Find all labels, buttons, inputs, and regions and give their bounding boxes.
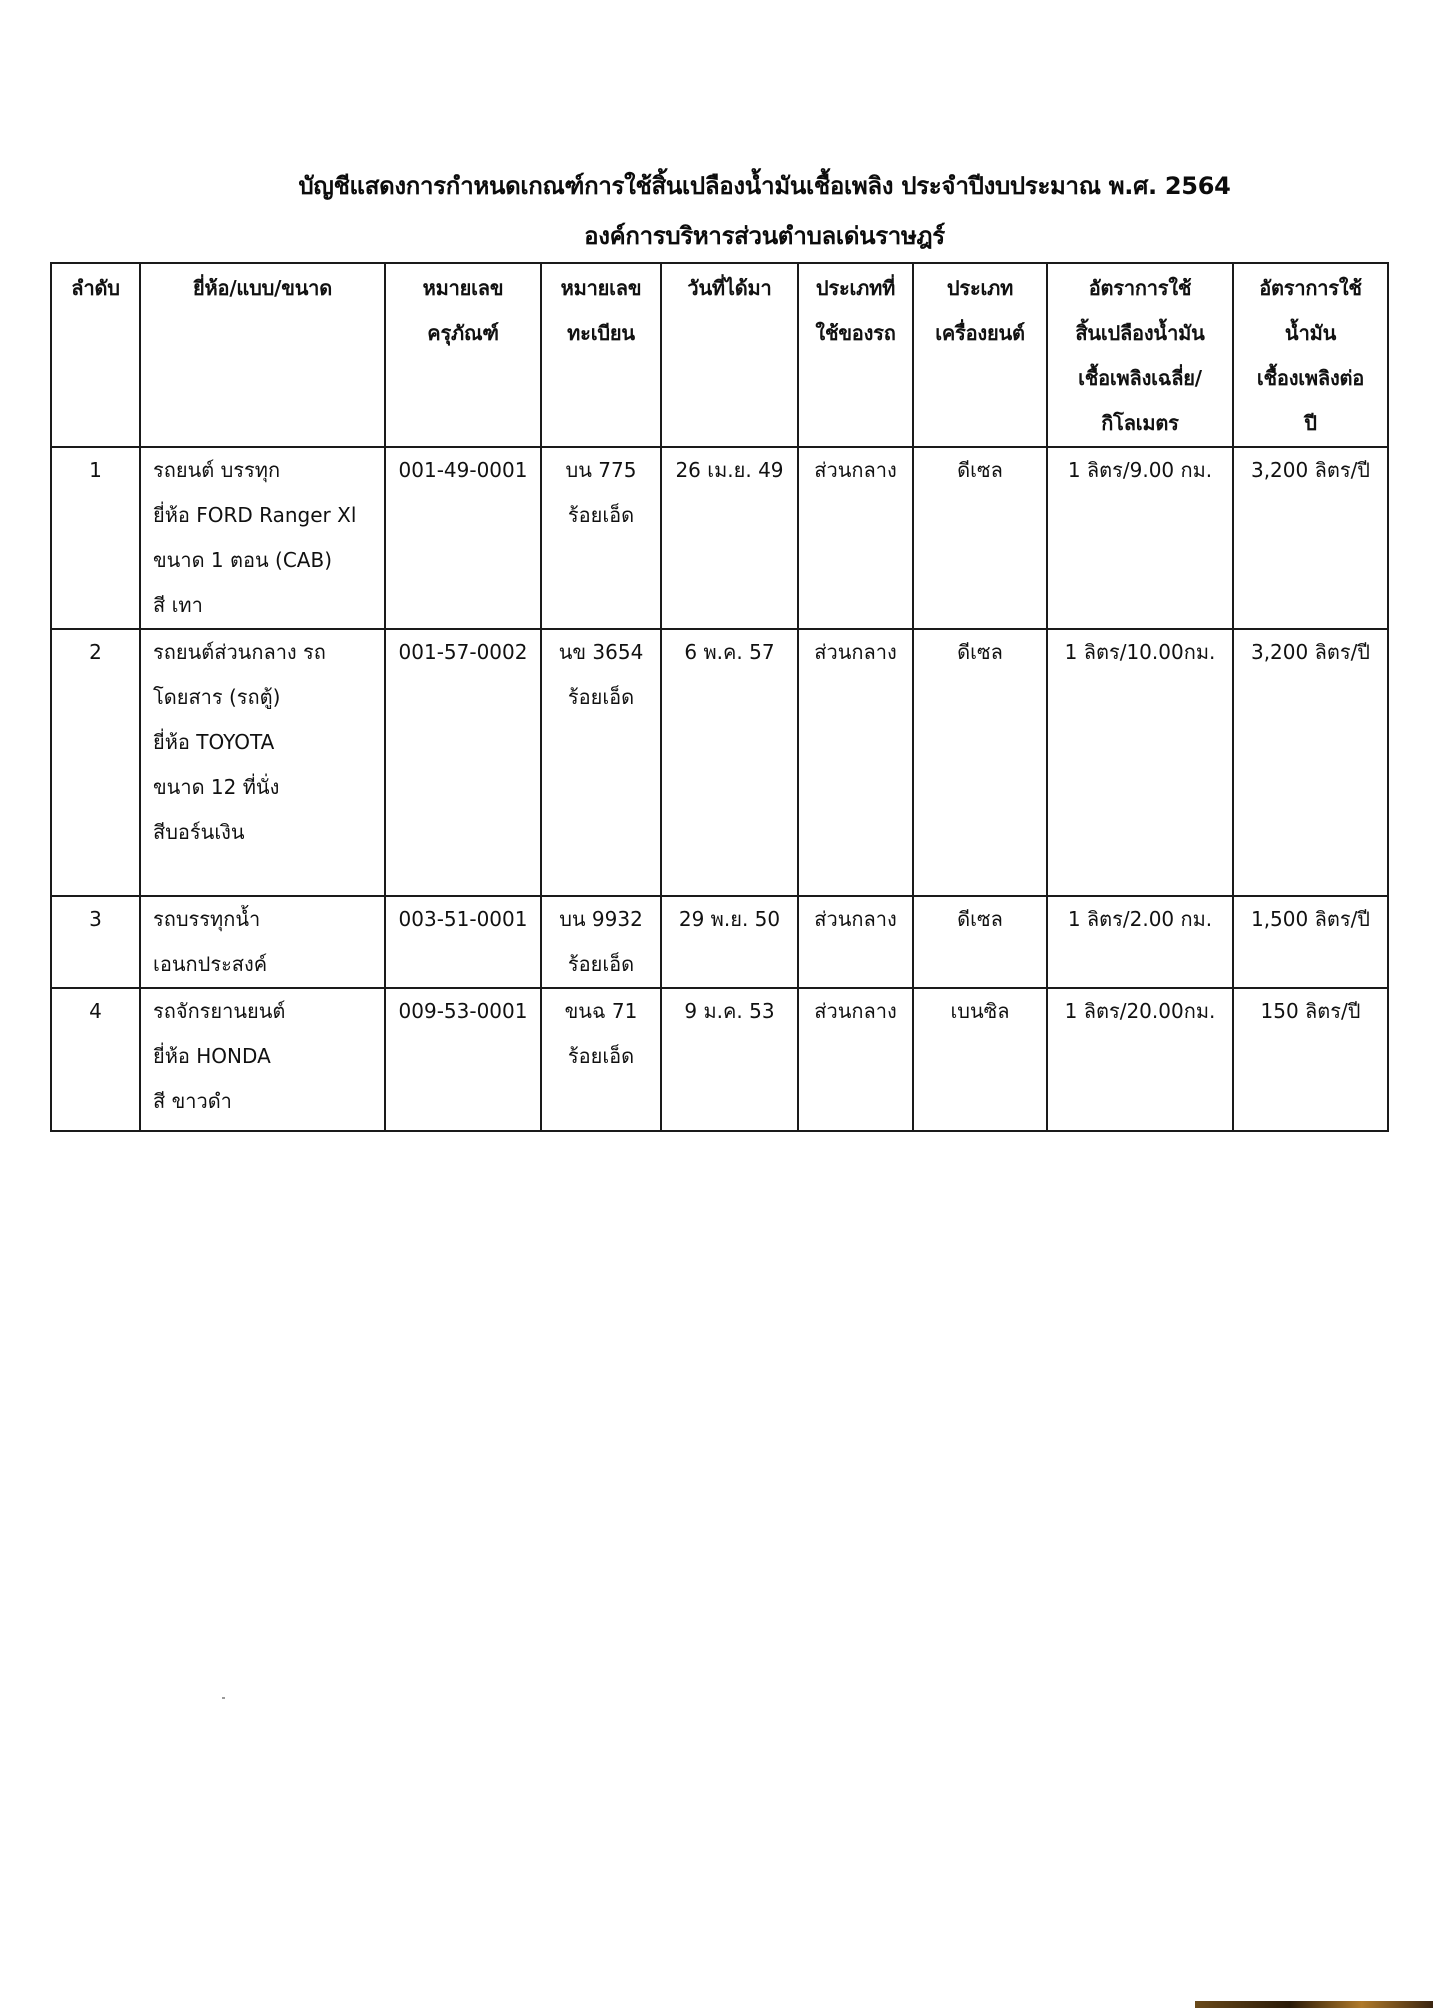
- cell-line: รถยนต์ บรรทุก: [153, 448, 384, 493]
- cell-line: ร้อยเอ็ด: [542, 493, 660, 538]
- cell-line: ทะเบียน: [542, 311, 660, 356]
- header-description: ยี่ห้อ/แบบ/ขนาด: [140, 263, 385, 447]
- header-engine-type: ประเภทเครื่องยนต์: [913, 263, 1047, 447]
- cell-usage-type: ส่วนกลาง: [798, 896, 913, 988]
- table-row: 1 รถยนต์ บรรทุกยี่ห้อ FORD Ranger Xlขนาด…: [51, 447, 1388, 629]
- cell-line: ยี่ห้อ HONDA: [153, 1034, 384, 1079]
- table-row: 2 รถยนต์ส่วนกลาง รถโดยสาร (รถตู้) ยี่ห้อ…: [51, 629, 1388, 896]
- cell-line: ขนฉ 71: [542, 989, 660, 1034]
- cell-acquired: 9 ม.ค. 53: [661, 988, 798, 1131]
- cell-line: โดยสาร (รถตู้): [153, 675, 384, 720]
- cell-line: หมายเลข: [386, 266, 540, 311]
- cell-asset-no: 003-51-0001: [385, 896, 541, 988]
- table-row: 4 รถจักรยานยนต์ยี่ห้อ HONDAสี ขาวดำ 009-…: [51, 988, 1388, 1131]
- scan-edge-artifact: [1195, 2001, 1433, 2008]
- cell-line: นข 3654: [542, 630, 660, 675]
- cell-annual-fuel: 1,500 ลิตร/ปี: [1233, 896, 1388, 988]
- cell-registration: นข 3654ร้อยเอ็ด: [541, 629, 661, 896]
- cell-asset-no: 009-53-0001: [385, 988, 541, 1131]
- cell-line: ร้อยเอ็ด: [542, 675, 660, 720]
- cell-annual-fuel: 150 ลิตร/ปี: [1233, 988, 1388, 1131]
- cell-no: 3: [51, 896, 140, 988]
- cell-consumption-rate: 1 ลิตร/20.00กม.: [1047, 988, 1233, 1131]
- cell-line: บน 775: [542, 448, 660, 493]
- cell-consumption-rate: 1 ลิตร/2.00 กม.: [1047, 896, 1233, 988]
- cell-consumption-rate: 1 ลิตร/9.00 กม.: [1047, 447, 1233, 629]
- scan-speck: [222, 1697, 225, 1699]
- cell-consumption-rate: 1 ลิตร/10.00กม.: [1047, 629, 1233, 896]
- cell-line: ประเภทที่: [799, 266, 912, 311]
- cell-registration: บน 9932ร้อยเอ็ด: [541, 896, 661, 988]
- cell-no: 1: [51, 447, 140, 629]
- cell-line: ยี่ห้อ/แบบ/ขนาด: [141, 266, 384, 311]
- organization-name: องค์การบริหารส่วนตำบลเด่นราษฎร์: [48, 216, 1433, 255]
- header-usage-type: ประเภทที่ใช้ของรถ: [798, 263, 913, 447]
- cell-acquired: 26 เม.ย. 49: [661, 447, 798, 629]
- cell-line: รถบรรทุกน้ำ: [153, 897, 384, 942]
- cell-annual-fuel: 3,200 ลิตร/ปี: [1233, 447, 1388, 629]
- cell-line: อัตราการใช้: [1234, 266, 1387, 311]
- cell-engine-type: ดีเซล: [913, 629, 1047, 896]
- cell-asset-no: 001-57-0002: [385, 629, 541, 896]
- cell-description: รถจักรยานยนต์ยี่ห้อ HONDAสี ขาวดำ: [140, 988, 385, 1131]
- cell-line: ใช้ของรถ: [799, 311, 912, 356]
- cell-no: 4: [51, 988, 140, 1131]
- cell-line: เอนกประสงค์: [153, 942, 384, 987]
- cell-line: กิโลเมตร: [1048, 401, 1232, 446]
- cell-engine-type: ดีเซล: [913, 447, 1047, 629]
- cell-line: หมายเลข: [542, 266, 660, 311]
- cell-line: สี เทา: [153, 583, 384, 628]
- cell-line: ขนาด 12 ที่นั่ง: [153, 765, 384, 810]
- header-registration: หมายเลขทะเบียน: [541, 263, 661, 447]
- cell-line: รถยนต์ส่วนกลาง รถ: [153, 630, 384, 675]
- header-consumption-rate: อัตราการใช้สิ้นเปลืองน้ำมันเชื้อเพลิงเฉล…: [1047, 263, 1233, 447]
- cell-line: เชื้องเพลิงต่อ: [1234, 356, 1387, 401]
- header-asset-no: หมายเลขครุภัณฑ์: [385, 263, 541, 447]
- cell-usage-type: ส่วนกลาง: [798, 629, 913, 896]
- cell-line: ขนาด 1 ตอน (CAB): [153, 538, 384, 583]
- fuel-criteria-table: ลำดับ ยี่ห้อ/แบบ/ขนาด หมายเลขครุภัณฑ์ หม…: [50, 262, 1389, 1132]
- cell-description: รถยนต์ส่วนกลาง รถโดยสาร (รถตู้) ยี่ห้อ T…: [140, 629, 385, 896]
- cell-engine-type: ดีเซล: [913, 896, 1047, 988]
- cell-line: รถจักรยานยนต์: [153, 989, 384, 1034]
- cell-line: ปี: [1234, 401, 1387, 446]
- cell-line: บน 9932: [542, 897, 660, 942]
- cell-engine-type: เบนซิล: [913, 988, 1047, 1131]
- cell-usage-type: ส่วนกลาง: [798, 447, 913, 629]
- table-header-row: ลำดับ ยี่ห้อ/แบบ/ขนาด หมายเลขครุภัณฑ์ หม…: [51, 263, 1388, 447]
- cell-annual-fuel: 3,200 ลิตร/ปี: [1233, 629, 1388, 896]
- cell-description: รถยนต์ บรรทุกยี่ห้อ FORD Ranger Xlขนาด 1…: [140, 447, 385, 629]
- cell-line: อัตราการใช้: [1048, 266, 1232, 311]
- document-title: บัญชีแสดงการกำหนดเกณฑ์การใช้สิ้นเปลืองน้…: [48, 166, 1433, 205]
- cell-line: ลำดับ: [52, 266, 139, 311]
- cell-line: วันที่ได้มา: [662, 266, 797, 311]
- cell-line: ครุภัณฑ์: [386, 311, 540, 356]
- cell-line: น้ำมัน: [1234, 311, 1387, 356]
- cell-acquired: 6 พ.ค. 57: [661, 629, 798, 896]
- cell-usage-type: ส่วนกลาง: [798, 988, 913, 1131]
- cell-acquired: 29 พ.ย. 50: [661, 896, 798, 988]
- cell-asset-no: 001-49-0001: [385, 447, 541, 629]
- cell-line: ยี่ห้อ TOYOTA: [153, 720, 384, 765]
- cell-no: 2: [51, 629, 140, 896]
- cell-line: เครื่องยนต์: [914, 311, 1046, 356]
- cell-line: เชื้อเพลิงเฉลี่ย/: [1048, 356, 1232, 401]
- cell-line: ยี่ห้อ FORD Ranger Xl: [153, 493, 384, 538]
- cell-line: สีบอร์นเงิน: [153, 810, 384, 855]
- header-acquired: วันที่ได้มา: [661, 263, 798, 447]
- table-row: 3 รถบรรทุกน้ำเอนกประสงค์ 003-51-0001 บน …: [51, 896, 1388, 988]
- cell-line: สิ้นเปลืองน้ำมัน: [1048, 311, 1232, 356]
- cell-registration: บน 775ร้อยเอ็ด: [541, 447, 661, 629]
- cell-line: สี ขาวดำ: [153, 1079, 384, 1124]
- header-annual-fuel: อัตราการใช้น้ำมันเชื้องเพลิงต่อปี: [1233, 263, 1388, 447]
- cell-line: ประเภท: [914, 266, 1046, 311]
- cell-line: ร้อยเอ็ด: [542, 942, 660, 987]
- cell-registration: ขนฉ 71ร้อยเอ็ด: [541, 988, 661, 1131]
- cell-description: รถบรรทุกน้ำเอนกประสงค์: [140, 896, 385, 988]
- cell-line: ร้อยเอ็ด: [542, 1034, 660, 1079]
- header-no: ลำดับ: [51, 263, 140, 447]
